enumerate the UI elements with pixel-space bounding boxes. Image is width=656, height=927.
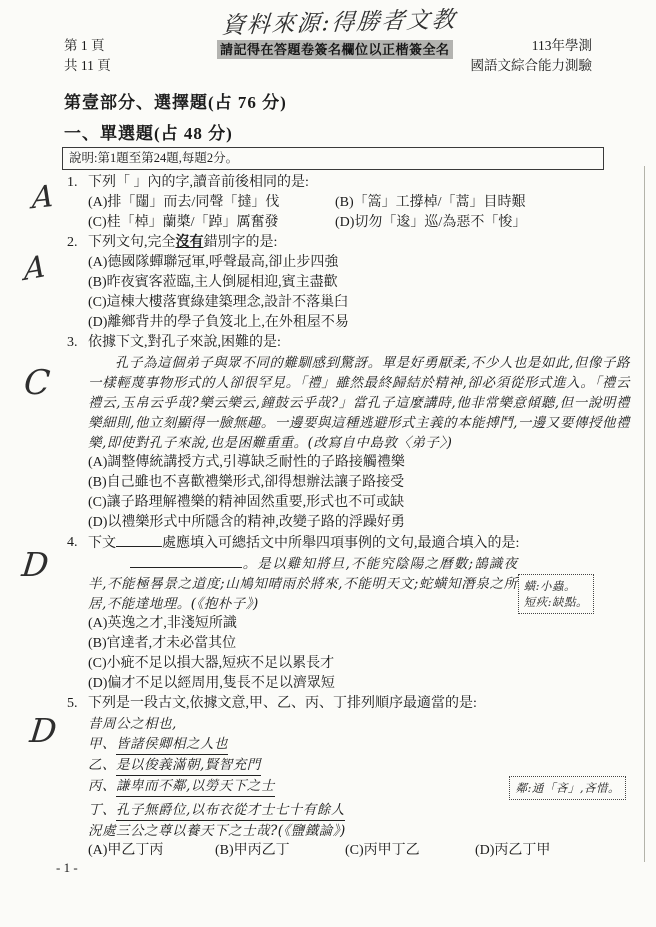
stem-text: 錯別字的是: (204, 235, 278, 250)
question-stem: 下列文句,完全沒有錯別字的是: (88, 233, 630, 253)
option-b: (B)「篙」工撐棹/「蒿」目時艱 (335, 193, 630, 213)
item-text: 謙卑而不鄰,以勞天下之士 (116, 776, 275, 797)
item-label: 甲、 (88, 734, 116, 754)
exam-page: 資料來源:得勝者文教 第 1 頁 共 11 頁 請記得在答題卷簽名欄位以正楷簽全… (0, 0, 656, 927)
option-a: (A)甲乙丁丙 (88, 841, 215, 861)
option-d: (D)丙乙丁甲 (475, 841, 550, 861)
exam-name: 國語文綜合能力測驗 (471, 56, 593, 76)
question-number: 2. (64, 233, 88, 333)
item-text: 皆諸侯卿相之人也 (116, 734, 228, 755)
item-label: 丙、 (88, 776, 116, 796)
question-2: 2. 下列文句,完全沒有錯別字的是: (A)德國隊蟬聯冠軍,呼聲最高,卻止步四強… (64, 233, 630, 333)
part-title: 第壹部分、選擇題(占 76 分) (64, 88, 287, 113)
question-4: 4. 下文處應填入可總括文中所舉四項事例的文句,最適合填入的是: 蟥:小蟲。 短… (64, 533, 630, 694)
question-number: 1. (64, 173, 88, 233)
stem-text: 處應填入可總括文中所舉四項事例的文句,最適合填入的是: (162, 536, 519, 551)
option-c: (C)小疵不足以損大器,短疢不足以累長才 (88, 654, 630, 674)
option-d: (D)切勿「逡」巡/為惡不「悛」 (335, 213, 630, 233)
stem-text: 下列文句,完全 (88, 235, 176, 250)
stem-emphasis: 沒有 (176, 235, 204, 250)
option-b: (B)官達者,才未必當其位 (88, 634, 630, 654)
option-a: (A)英逸之才,非淺短所識 (88, 614, 630, 634)
passage-closing: 況處三公之尊以養天下之士哉?(《鹽鐵論》) (88, 821, 630, 841)
question-stem: 下列是一段古文,依據文意,甲、乙、丙、丁排列順序最適當的是: (88, 694, 630, 714)
item-text: 是以俊義滿朝,賢智充門 (116, 755, 261, 776)
handwritten-answer-q5: D (28, 716, 58, 746)
option-d: (D)偏才不足以經周用,隻長不足以濟眾短 (88, 674, 630, 694)
question-3: 3. 依據下文,對孔子來說,困難的是: 孔子為這個弟子與眾不同的難馴感到驚訝。單… (64, 333, 630, 533)
page-number-label: 第 1 頁 (64, 36, 111, 56)
ordering-item-ding: 丁、孔子無爵位,以布衣從才士七十有餘人 (88, 800, 630, 821)
question-stem: 下文處應填入可總括文中所舉四項事例的文句,最適合填入的是: (88, 533, 630, 554)
ordering-item-bing: 丙、謙卑而不鄰,以勞天下之士 鄰:通「吝」,吝惜。 (88, 776, 630, 800)
question-options: (A)德國隊蟬聯冠軍,呼聲最高,卻止步四強 (B)昨夜賓客蒞臨,主人倒屣相迎,賓… (88, 253, 630, 333)
exam-title-block: 113年學測 國語文綜合能力測驗 (471, 36, 593, 76)
option-b: (B)甲丙乙丁 (215, 841, 345, 861)
stem-text: 下文 (88, 536, 116, 551)
page-total-label: 共 11 頁 (64, 56, 111, 76)
fill-in-blank-long (130, 555, 242, 568)
question-list: 1. 下列「 」內的字,讀音前後相同的是: (A)排「闥」而去/同聲「撻」伐 (… (64, 173, 630, 861)
reading-passage: 蟥:小蟲。 短疢:缺點。 。是以雞知將旦,不能究陰陽之曆數;鵠識夜半,不能極晷景… (88, 554, 630, 614)
page-footer: - 1 - (56, 860, 78, 876)
handwritten-source-note: 資料來源:得勝者文教 (221, 1, 458, 40)
option-c: (C)這棟大樓落實綠建築理念,設計不落巢臼 (88, 293, 630, 313)
question-options: (A)英逸之才,非淺短所識 (B)官達者,才未必當其位 (C)小疵不足以損大器,… (88, 614, 630, 694)
fill-in-blank (116, 533, 162, 547)
handwritten-answer-q4: D (20, 550, 50, 580)
option-c: (C)桂「棹」蘭槳/「踔」厲奮發 (88, 213, 335, 233)
ordering-item-jia: 甲、皆諸侯卿相之人也 (88, 734, 630, 755)
signature-notice: 請記得在答題卷簽名欄位以正楷簽全名 (217, 40, 453, 59)
question-number: 5. (64, 694, 88, 861)
question-5: 5. 下列是一段古文,依據文意,甲、乙、丙、丁排列順序最適當的是: 昔周公之相也… (64, 694, 630, 861)
scan-edge-line (644, 166, 645, 862)
option-c: (C)丙甲丁乙 (345, 841, 475, 861)
item-text: 孔子無爵位,以布衣從才士七十有餘人 (116, 800, 345, 821)
option-d: (D)離鄉背井的學子負笈北上,在外租屋不易 (88, 313, 630, 333)
question-stem: 下列「 」內的字,讀音前後相同的是: (88, 173, 630, 193)
ordering-item-yi: 乙、是以俊義滿朝,賢智充門 (88, 755, 630, 776)
question-options: (A)排「闥」而去/同聲「撻」伐 (B)「篙」工撐棹/「蒿」目時艱 (C)桂「棹… (88, 193, 630, 233)
passage-intro: 昔周公之相也, (88, 714, 630, 734)
option-a: (A)排「闥」而去/同聲「撻」伐 (88, 193, 335, 213)
gloss-note-box: 鄰:通「吝」,吝惜。 (509, 776, 626, 800)
option-a: (A)德國隊蟬聯冠軍,呼聲最高,卻止步四強 (88, 253, 630, 273)
option-d: (D)以禮樂形式中所隱含的精神,改變子路的浮躁好勇 (88, 513, 630, 533)
question-number: 3. (64, 333, 88, 533)
item-label: 乙、 (88, 755, 116, 775)
reading-passage: 孔子為這個弟子與眾不同的難馴感到驚訝。單是好勇厭柔,不少人也是如此,但像子路一樣… (88, 353, 630, 453)
question-number: 4. (64, 533, 88, 694)
option-b: (B)昨夜賓客蒞臨,主人倒屣相迎,賓主盡歡 (88, 273, 630, 293)
section-title: 一、單選題(占 48 分) (64, 119, 233, 144)
gloss-note-box: 蟥:小蟲。 短疢:缺點。 (518, 574, 594, 614)
instruction-box: 說明:第1題至第24題,每題2分。 (62, 147, 604, 170)
question-stem: 依據下文,對孔子來說,困難的是: (88, 333, 630, 353)
option-b: (B)自己雖也不喜歡禮樂形式,卻得想辦法讓子路接受 (88, 473, 630, 493)
handwritten-answer-q1: A (32, 182, 55, 215)
gloss-line: 短疢:缺點。 (524, 594, 588, 610)
item-label: 丁、 (88, 800, 116, 820)
page-number-block: 第 1 頁 共 11 頁 (64, 36, 111, 76)
option-a: (A)調整傳統講授方式,引導缺乏耐性的子路接觸禮樂 (88, 453, 630, 473)
gloss-line: 蟥:小蟲。 (524, 578, 588, 594)
question-options: (A)甲乙丁丙 (B)甲丙乙丁 (C)丙甲丁乙 (D)丙乙丁甲 (88, 841, 630, 861)
question-options: (A)調整傳統講授方式,引導缺乏耐性的子路接觸禮樂 (B)自己雖也不喜歡禮樂形式… (88, 453, 630, 533)
handwritten-answer-q2: A (24, 252, 45, 286)
handwritten-answer-q3: C (23, 368, 51, 398)
option-c: (C)讓子路理解禮樂的精神固然重要,形式也不可或缺 (88, 493, 630, 513)
exam-year: 113年學測 (471, 36, 593, 56)
question-1: 1. 下列「 」內的字,讀音前後相同的是: (A)排「闥」而去/同聲「撻」伐 (… (64, 173, 630, 233)
